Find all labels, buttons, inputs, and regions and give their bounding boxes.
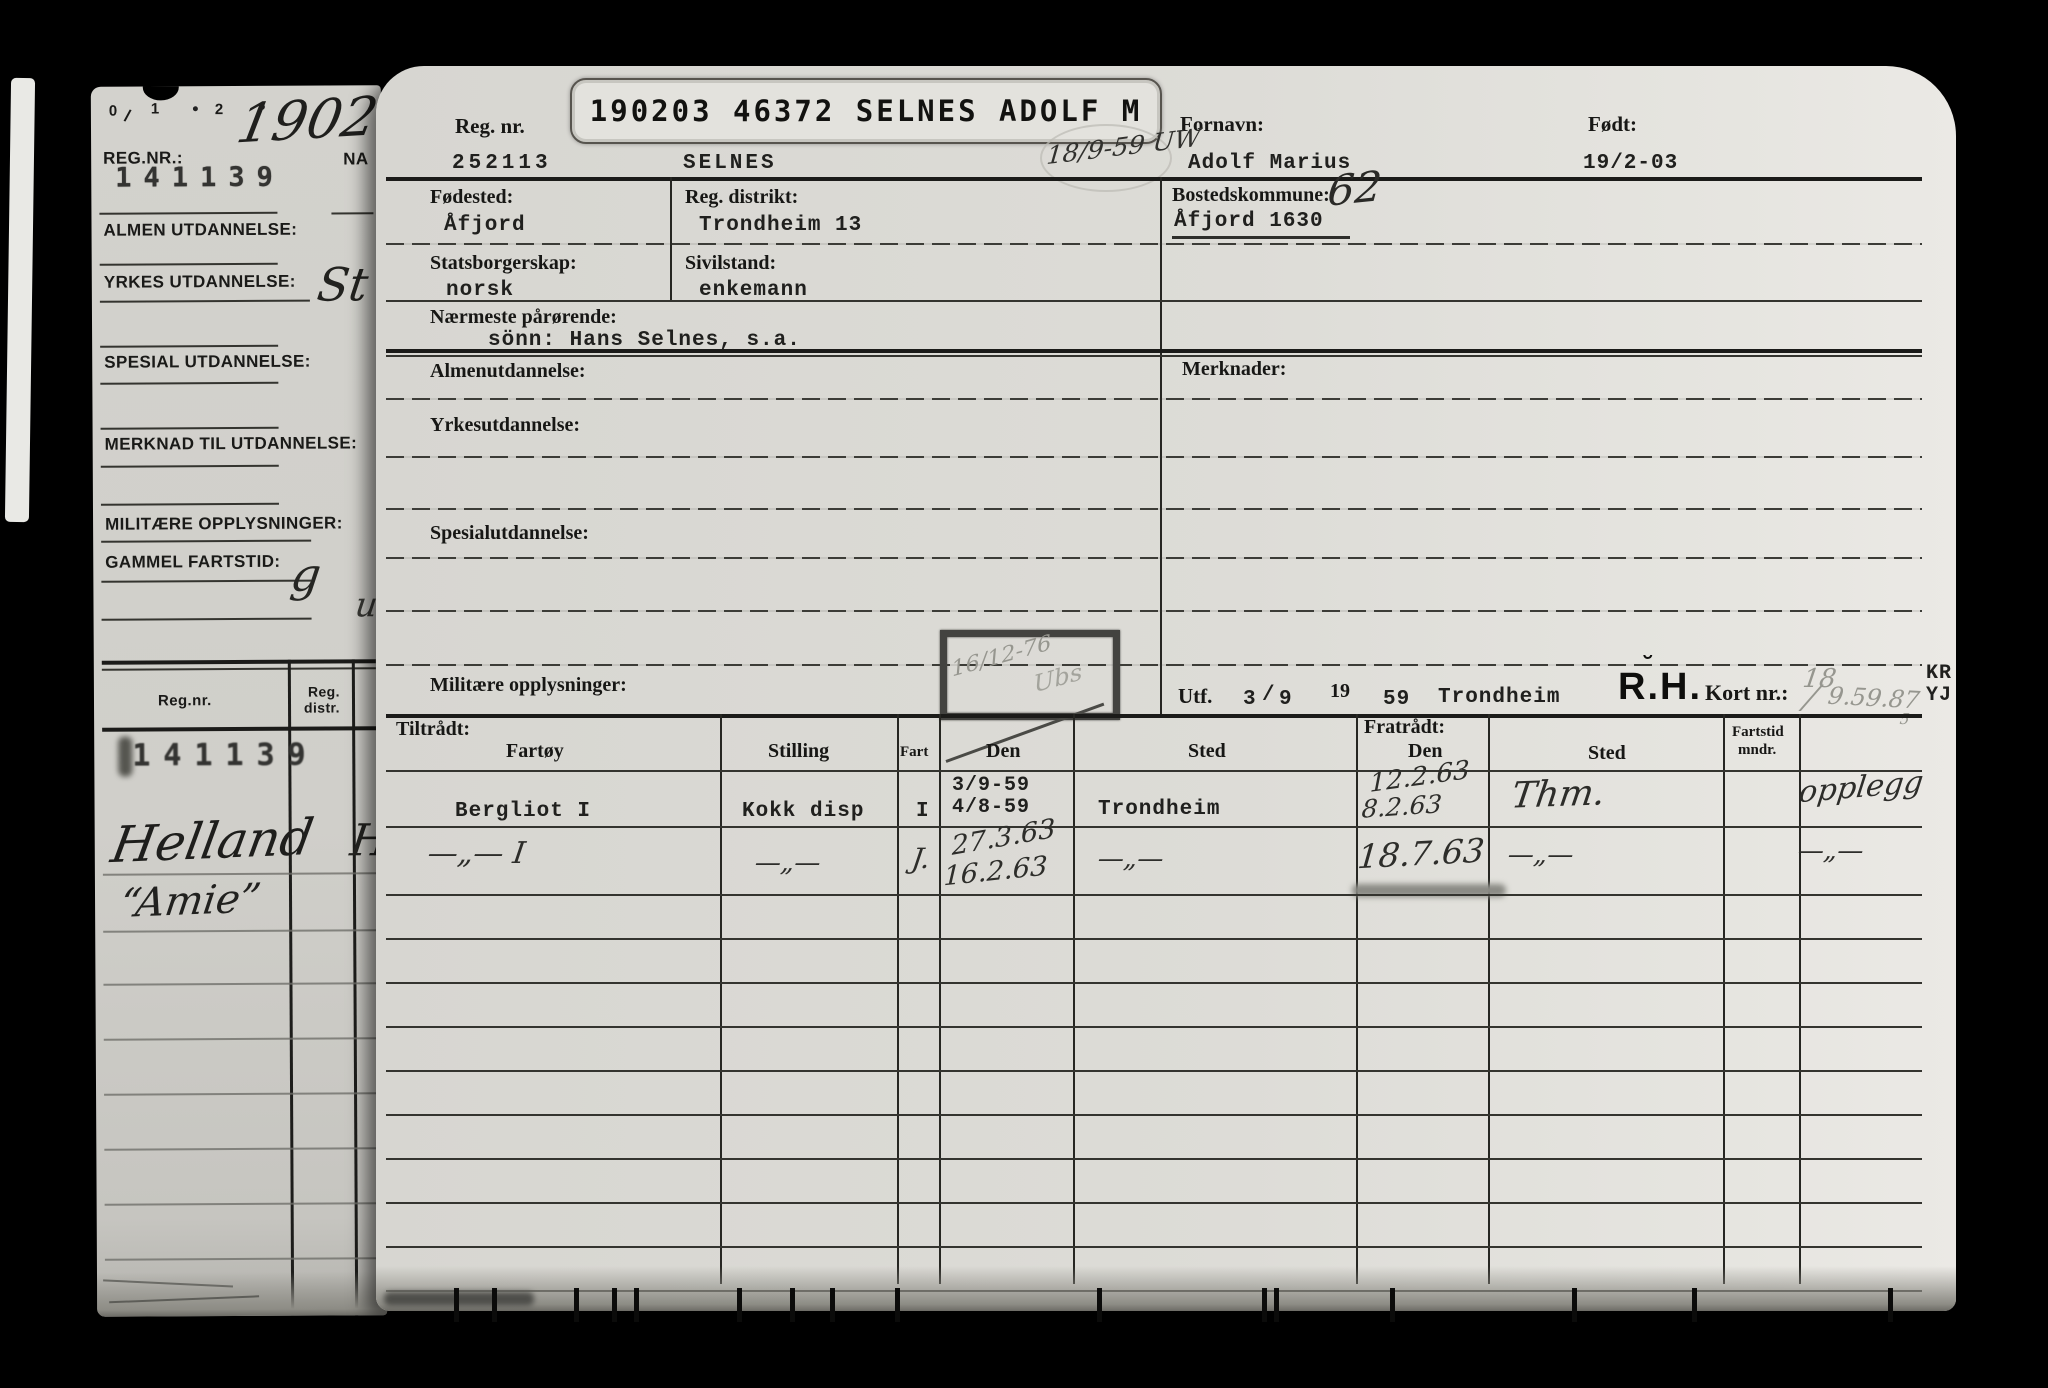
edge-tick xyxy=(1262,1288,1267,1322)
merknader-column-divider xyxy=(1160,177,1162,714)
parorende-label: Nærmeste pårørende: xyxy=(430,306,617,329)
rule xyxy=(102,667,376,670)
edge-tick xyxy=(634,1288,639,1322)
spesialutdannelse-label: Spesialutdannelse: xyxy=(430,522,589,545)
gammel-fartstid-label: GAMMEL FARTSTID: xyxy=(105,552,280,573)
merknad-utdannelse-label: MERKNAD TIL UTDANNELSE: xyxy=(105,433,358,454)
yrkesutdannelse-label: Yrkesutdannelse: xyxy=(430,414,580,437)
sivilstand-value: enkemann xyxy=(699,279,808,302)
rule xyxy=(104,1092,378,1095)
row2-fra-sted: —„— xyxy=(1506,840,1576,870)
rule xyxy=(386,355,1922,357)
rule xyxy=(386,938,1922,940)
rule xyxy=(386,1158,1922,1160)
etternavn-value: SELNES xyxy=(683,152,777,175)
edge-tick xyxy=(790,1288,795,1322)
handwritten-reg-number-top: 19020 xyxy=(232,85,387,155)
edge-tick xyxy=(1097,1288,1102,1322)
regdistr-column-header-2: distr. xyxy=(304,699,340,715)
rule xyxy=(101,503,279,506)
page-edge-sliver xyxy=(5,78,35,522)
rule xyxy=(386,177,1922,181)
utf-place: Trondheim xyxy=(1438,686,1560,709)
rule xyxy=(103,929,377,932)
rule xyxy=(100,263,278,266)
rule xyxy=(101,580,311,583)
rule xyxy=(386,349,1922,353)
utf-year: 59 xyxy=(1383,688,1410,711)
rule xyxy=(386,982,1922,984)
table-divider xyxy=(1073,714,1075,1284)
utf-month: 9 xyxy=(1279,688,1293,711)
statsborger-value: norsk xyxy=(446,279,514,302)
row2-fra-den: 18.7.63 xyxy=(1356,831,1486,877)
edge-tick xyxy=(612,1288,617,1322)
col-fartoy: Fartøy xyxy=(506,740,564,763)
regnr-label: Reg. nr. xyxy=(455,114,525,139)
regnr-value: 252113 xyxy=(452,152,552,175)
rule xyxy=(386,714,1922,718)
bosted-label: Bostedskommune: xyxy=(1172,184,1330,207)
rule xyxy=(386,557,1922,559)
almenutdannelse-label: Almenutdannelse: xyxy=(430,360,586,383)
rule xyxy=(386,610,1922,612)
col-den: Den xyxy=(986,740,1020,763)
table-divider xyxy=(1723,714,1725,1284)
table-divider xyxy=(1356,714,1358,1284)
rule xyxy=(386,1070,1922,1072)
merknader-label: Merknader: xyxy=(1182,358,1286,381)
rule xyxy=(105,1202,379,1205)
rule xyxy=(100,345,278,348)
rule xyxy=(386,1246,1922,1248)
edge-tick xyxy=(830,1288,835,1322)
plate-text: 190203 46372 SELNES ADOLF M xyxy=(590,94,1142,128)
regnr-column-header: Reg.nr. xyxy=(158,692,212,709)
hand-underline xyxy=(1172,236,1350,239)
row2-sted: —„— xyxy=(1096,844,1166,874)
yrkes-utdannelse-label: YRKES UTDANNELSE: xyxy=(104,272,296,293)
ruler-dot xyxy=(193,106,198,111)
rule xyxy=(386,770,1922,772)
row2-stilling: —„— xyxy=(753,848,823,878)
ruler-tick: / xyxy=(122,106,133,127)
rule xyxy=(101,465,279,468)
rule xyxy=(386,1202,1922,1204)
edge-tick xyxy=(574,1288,579,1322)
fodested-value: Åfjord xyxy=(444,214,526,237)
rule xyxy=(102,659,376,664)
seaman-registry-card: Reg. nr. 190203 46372 SELNES ADOLF M For… xyxy=(376,66,1956,1311)
edge-tick xyxy=(1390,1288,1395,1322)
col-fartstid-2: mndr. xyxy=(1738,742,1776,759)
table-divider xyxy=(1488,714,1490,1284)
cell-divider xyxy=(670,177,672,300)
corner-code-yj: YJ xyxy=(1926,684,1952,707)
col-sted: Sted xyxy=(1188,740,1226,763)
bosted-value: Åfjord 1630 xyxy=(1174,210,1324,233)
col-stilling: Stilling xyxy=(768,740,829,763)
rule xyxy=(386,508,1922,510)
row1-fart: I xyxy=(916,800,930,823)
rule xyxy=(386,894,1922,896)
fodt-label: Født: xyxy=(1588,112,1637,137)
rule xyxy=(102,618,312,621)
scanned-archive-page: 0 / 1 2 19020 REG.NR.: NA 141139 ALMEN U… xyxy=(0,0,2048,1388)
rule xyxy=(386,456,1922,458)
rule xyxy=(386,1114,1922,1116)
rh-stamp-mark: ˘ xyxy=(1644,650,1653,681)
rule xyxy=(100,382,278,385)
row1-fra-sted: Thm. xyxy=(1509,772,1608,816)
handwritten-fartstid-mark: g xyxy=(288,548,325,602)
row1-sted: Trondheim xyxy=(1098,798,1220,821)
col-fra-sted: Sted xyxy=(1588,742,1626,765)
bottom-edge-smudge xyxy=(384,1292,534,1306)
rule xyxy=(101,540,311,543)
rule xyxy=(100,300,310,303)
navn-label-partial: NA xyxy=(343,149,368,169)
handwritten-ship-amie: “Amie” xyxy=(118,875,264,927)
distrikt-label: Reg. distrikt: xyxy=(685,186,798,209)
rule xyxy=(331,212,373,214)
col-fart: Fart xyxy=(900,744,928,761)
tiltradt-label: Tiltrådt: xyxy=(396,718,470,741)
distrikt-value: Trondheim 13 xyxy=(699,214,862,237)
regdistr-column-header-1: Reg. xyxy=(308,683,340,699)
underlying-registry-card: 0 / 1 2 19020 REG.NR.: NA 141139 ALMEN U… xyxy=(91,85,387,1317)
row2-fart: J. xyxy=(910,842,933,875)
edge-tick xyxy=(1888,1288,1893,1322)
kortnr-label: Kort nr.: xyxy=(1705,680,1789,706)
rule xyxy=(386,243,1922,245)
regnr-stamped-value: 141139 xyxy=(115,162,285,194)
fornavn-value: Adolf Marius xyxy=(1188,152,1351,175)
edge-tick xyxy=(1692,1288,1697,1322)
edge-tick xyxy=(1572,1288,1577,1322)
rule xyxy=(104,1147,378,1150)
row1-den-b: 4/8-59 xyxy=(952,796,1030,819)
militaere-opplysninger-label: MILITÆRE OPPLYSNINGER: xyxy=(105,513,343,534)
edge-tick xyxy=(737,1288,742,1322)
punch-notch xyxy=(143,85,179,100)
kortnr-handwritten-3: 5 xyxy=(1899,710,1911,728)
row1-den-a: 3/9-59 xyxy=(952,774,1030,797)
row1-fra-den-b: 8.2.63 xyxy=(1361,789,1443,823)
column-divider xyxy=(352,659,358,1315)
fratradt-label: Fratrådt: xyxy=(1364,716,1445,739)
row1-stilling: Kokk disp xyxy=(742,800,864,823)
utf-slash: / xyxy=(1262,684,1276,707)
edge-tick xyxy=(492,1288,497,1322)
edge-tick xyxy=(895,1288,900,1322)
rule xyxy=(103,982,377,985)
card-bottom-shadow xyxy=(97,1271,387,1317)
row1-fartoy: Bergliot I xyxy=(455,800,591,823)
rule xyxy=(386,300,1922,302)
row2-fartoy: —„— I xyxy=(426,836,528,871)
utf-day: 3 xyxy=(1243,688,1257,711)
rule xyxy=(386,1026,1922,1028)
statsborger-label: Statsborgerskap: xyxy=(430,252,577,275)
stamp-smudge xyxy=(118,737,132,777)
spesial-utdannelse-label: SPESIAL UTDANNELSE: xyxy=(104,352,311,373)
rule xyxy=(102,726,376,731)
ruler-mark-2: 2 xyxy=(215,101,224,118)
col-fartstid-1: Fartstid xyxy=(1732,724,1784,741)
edge-tick xyxy=(1274,1288,1279,1322)
ruler-mark-0: 0 xyxy=(109,103,118,120)
rule xyxy=(386,826,1922,828)
rule xyxy=(101,427,279,430)
rule xyxy=(104,1037,378,1040)
table-divider xyxy=(897,714,899,1284)
table-divider xyxy=(939,714,941,1284)
handwritten-municipality-code: 62 xyxy=(1326,161,1384,215)
utf-label: Utf. xyxy=(1178,684,1212,709)
rule xyxy=(105,1257,379,1260)
fodested-label: Fødested: xyxy=(430,186,513,209)
handwritten-ship-helland: Helland xyxy=(107,808,318,874)
militaere-label: Militære opplysninger: xyxy=(430,674,627,697)
corner-code-kr: KR xyxy=(1926,662,1952,685)
handwritten-yrkes-entry: St xyxy=(314,257,371,311)
rh-stamp: R.H. xyxy=(1618,666,1702,709)
sivilstand-label: Sivilstand: xyxy=(685,252,776,275)
fodt-value: 19/2-03 xyxy=(1583,152,1678,175)
row2-merknad: —„— xyxy=(1796,836,1866,866)
utf-century: 19 xyxy=(1330,680,1350,703)
rule xyxy=(99,212,277,215)
table-divider xyxy=(720,714,722,1284)
ruler-mark-1: 1 xyxy=(151,100,160,117)
edge-tick xyxy=(454,1288,459,1322)
rule xyxy=(103,872,377,875)
regnr-stamped-value-2: 141139 xyxy=(132,738,319,774)
almen-utdannelse-label: ALMEN UTDANNELSE: xyxy=(103,220,297,241)
rule xyxy=(386,398,1922,400)
